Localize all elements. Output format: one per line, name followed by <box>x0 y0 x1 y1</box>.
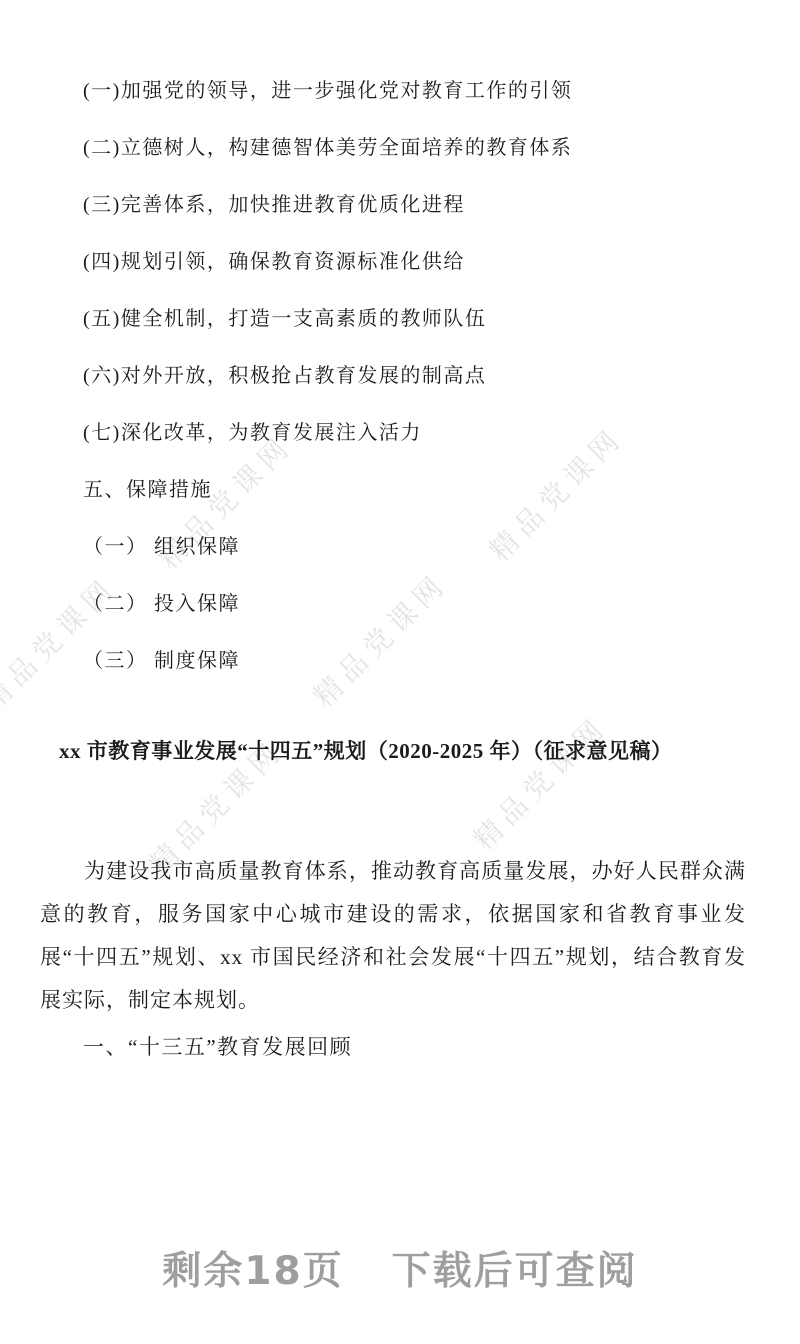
doc-title: xx 市教育事业发展“十四五”规划（2020-2025 年）（征求意见稿） <box>40 740 760 762</box>
outline-item: (七)深化改革，为教育发展注入活力 <box>40 422 760 444</box>
document-body: (一)加强党的领导，进一步强化党对教育工作的引领 (二)立德树人，构建德智体美劳… <box>40 0 760 1069</box>
outline-item: （一） 组织保障 <box>40 536 760 558</box>
outline-item: （三） 制度保障 <box>40 650 760 672</box>
outline-list: (一)加强党的领导，进一步强化党对教育工作的引领 (二)立德树人，构建德智体美劳… <box>40 80 760 672</box>
outline-item: (四)规划引领，确保教育资源标准化供给 <box>40 251 760 273</box>
pages-remaining-banner[interactable]: 剩余18页下载后可查阅 <box>0 1240 800 1296</box>
outline-item: （二） 投入保障 <box>40 593 760 615</box>
document-page: 精品党课网 精品党课网 精品党课网 精品党课网 精品党课网 精品党课网 (一)加… <box>0 0 800 1344</box>
outline-item: (二)立德树人，构建德智体美劳全面培养的教育体系 <box>40 137 760 159</box>
section-heading: 一、“十三五”教育发展回顾 <box>40 1026 760 1069</box>
outline-item: (五)健全机制，打造一支高素质的教师队伍 <box>40 308 760 330</box>
remaining-pages-label: 剩余18页 <box>162 1249 343 1294</box>
outline-item: (一)加强党的领导，进一步强化党对教育工作的引领 <box>40 80 760 102</box>
download-hint-label: 下载后可查阅 <box>392 1249 638 1294</box>
intro-paragraph: 为建设我市高质量教育体系，推动教育高质量发展，办好人民群众满意的教育，服务国家中… <box>40 850 746 1022</box>
outline-item: (三)完善体系，加快推进教育优质化进程 <box>40 194 760 216</box>
outline-item-section: 五、保障措施 <box>40 479 760 501</box>
outline-item: (六)对外开放，积极抢占教育发展的制高点 <box>40 365 760 387</box>
